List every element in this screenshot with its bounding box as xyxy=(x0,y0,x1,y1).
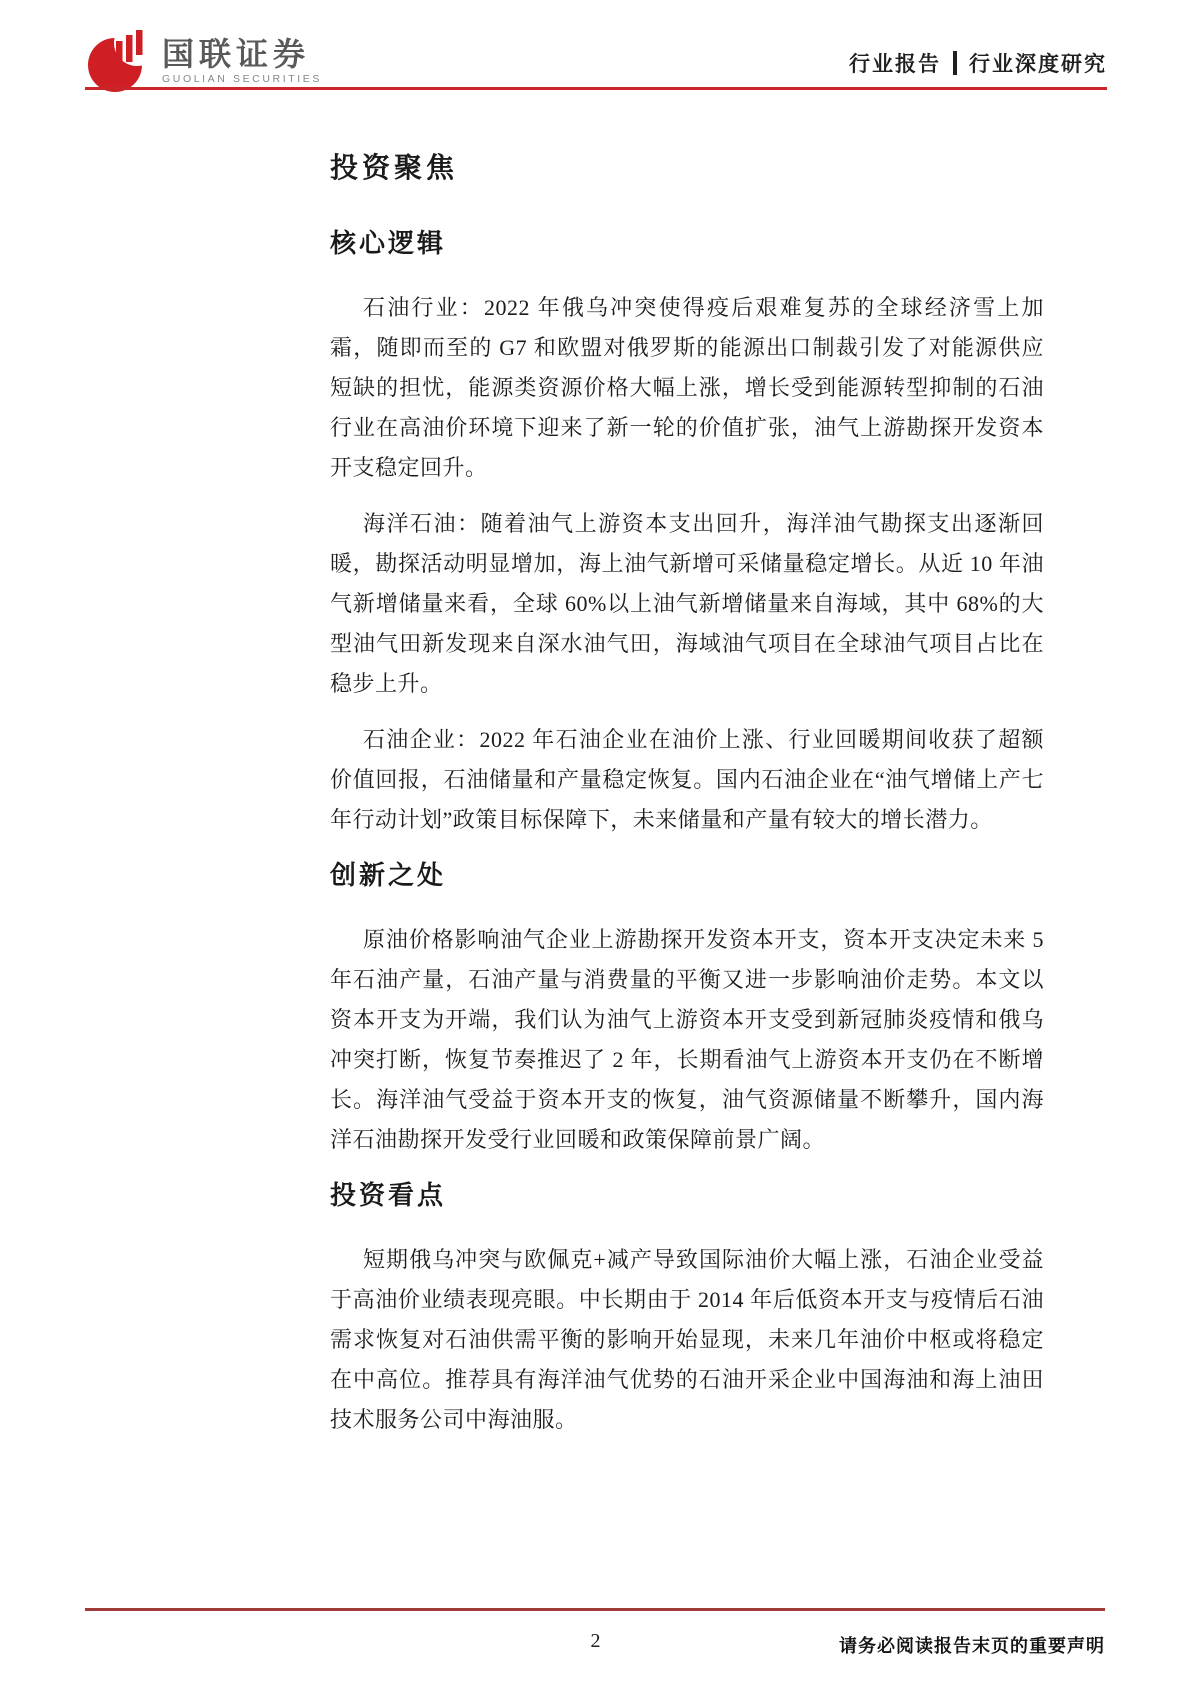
footer-divider xyxy=(85,1608,1105,1611)
separator-bar xyxy=(953,51,957,75)
section-title-investment-highlights: 投资看点 xyxy=(330,1180,1044,1212)
paragraph-innovation: 原油价格影响油气企业上游勘探开发资本开支，资本开支决定未来 5 年石油产量，石油… xyxy=(330,920,1044,1160)
logo-name-cn: 国联证券 xyxy=(162,37,322,71)
section-title-innovation: 创新之处 xyxy=(330,860,1044,892)
report-body: 投资聚焦 核心逻辑 石油行业：2022 年俄乌冲突使得疫后艰难复苏的全球经济雪上… xyxy=(330,152,1044,1456)
section-title-investment-focus: 投资聚焦 xyxy=(330,152,1044,186)
section-title-core-logic: 核心逻辑 xyxy=(330,228,1044,260)
footer-disclaimer: 请务必阅读报告末页的重要声明 xyxy=(839,1632,1105,1658)
paragraph-offshore-oil: 海洋石油：随着油气上游资本支出回升，海洋油气勘探支出逐渐回暖，勘探活动明显增加，… xyxy=(330,504,1044,704)
report-type-right: 行业深度研究 xyxy=(969,48,1107,78)
guolian-logo: 国联证券 GUOLIAN SECURITIES xyxy=(86,28,322,94)
logo-text: 国联证券 GUOLIAN SECURITIES xyxy=(162,37,322,85)
logo-name-en: GUOLIAN SECURITIES xyxy=(162,73,322,85)
report-page: 国联证券 GUOLIAN SECURITIES 行业报告 行业深度研究 投资聚焦… xyxy=(0,0,1191,1684)
report-type-label: 行业报告 行业深度研究 xyxy=(849,48,1107,78)
header-divider xyxy=(85,87,1107,90)
paragraph-investment-highlights: 短期俄乌冲突与欧佩克+减产导致国际油价大幅上涨，石油企业受益于高油价业绩表现亮眼… xyxy=(330,1240,1044,1440)
paragraph-oil-companies: 石油企业：2022 年石油企业在油价上涨、行业回暖期间收获了超额价值回报，石油储… xyxy=(330,720,1044,840)
report-type-left: 行业报告 xyxy=(849,48,941,78)
guolian-logo-icon xyxy=(86,28,150,94)
paragraph-oil-industry: 石油行业：2022 年俄乌冲突使得疫后艰难复苏的全球经济雪上加霜，随即而至的 G… xyxy=(330,288,1044,488)
